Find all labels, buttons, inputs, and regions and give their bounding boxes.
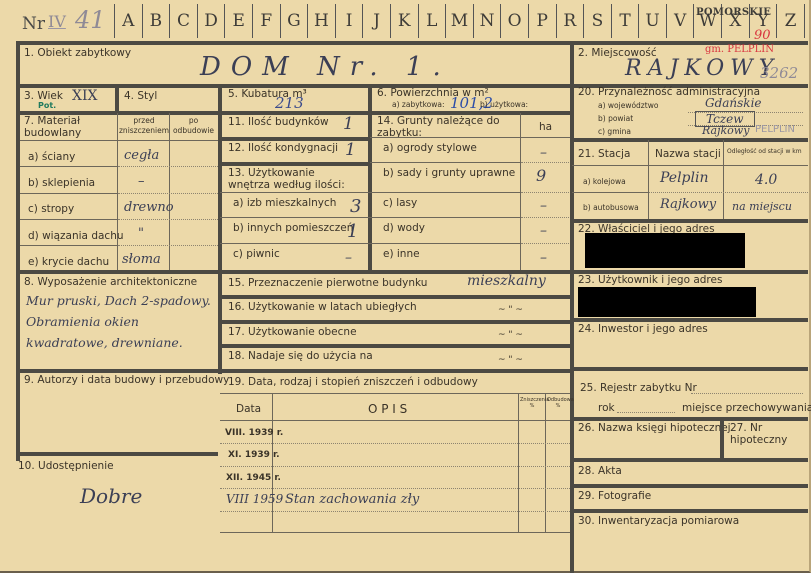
f13-row-label: b) innych pomieszczeń	[233, 222, 353, 234]
rule	[220, 532, 570, 533]
f21-row-dist: na miejscu	[732, 200, 792, 213]
dotted-line	[220, 488, 570, 489]
f19-col-rebuilt: Odbudowa %	[547, 397, 569, 409]
rule	[220, 320, 570, 324]
f4-label: 4. Styl	[124, 90, 157, 102]
rule	[18, 193, 118, 194]
index-letter: V	[666, 4, 694, 38]
index-letter: M	[445, 4, 473, 38]
f20-a-value: Gdańskie	[705, 96, 762, 110]
dotted-line	[220, 511, 570, 512]
rule	[570, 484, 808, 488]
rule	[570, 458, 808, 462]
f21-label: 21. Stacja	[578, 148, 630, 160]
f16-value: ~ " ~	[498, 305, 523, 315]
f13-row-value: 1	[347, 221, 358, 242]
f11-value: 1	[343, 114, 354, 134]
f10-label: 10. Udostępnienie	[18, 460, 114, 472]
f17-label: 17. Użytkowanie obecne	[228, 326, 357, 338]
rule	[272, 393, 273, 533]
redaction-user	[578, 287, 756, 317]
rule	[18, 452, 218, 456]
f19-row-date: VIII 1959	[226, 492, 283, 506]
f1-label: 1. Obiekt zabytkowy	[24, 47, 131, 59]
rule	[220, 192, 370, 193]
f6-a-label: a) zabytkowa:	[392, 100, 445, 109]
f5-value: 213	[275, 94, 304, 112]
rule	[370, 217, 520, 218]
rule	[220, 369, 570, 373]
index-letter: L	[418, 4, 446, 38]
rule	[18, 219, 118, 220]
f25-rok-label: rok	[598, 402, 615, 414]
rule	[570, 509, 808, 513]
f7-row-before: "	[138, 226, 144, 241]
f20-b-label: b) powiat	[598, 114, 633, 123]
monument-record-card: Nr IV 41 A B C D E F G H I J K L M N O P…	[0, 0, 811, 573]
f24-label: 24. Inwestor i jego adres	[578, 323, 708, 335]
f29-label: 29. Fotografie	[578, 490, 651, 502]
index-letter: E	[224, 4, 252, 38]
f1-value: DOM Nr. 1.	[200, 52, 451, 82]
f13-row-value: 3	[350, 196, 361, 217]
rule	[16, 41, 20, 461]
rule	[572, 165, 808, 166]
region-stamp: POMORSKIE	[696, 7, 771, 18]
index-letter: K	[390, 4, 418, 38]
f19-row-desc: Stan zachowania zły	[285, 492, 419, 507]
rule	[18, 41, 808, 45]
rule	[572, 192, 648, 193]
f14-row-label: c) lasy	[383, 197, 417, 209]
f8-label: 8. Wyposażenie architektoniczne	[24, 276, 197, 288]
index-letter: C	[169, 4, 197, 38]
f30-label: 30. Inwentaryzacja pomiarowa	[578, 515, 739, 527]
rule	[115, 84, 119, 112]
index-letter: S	[583, 4, 611, 38]
f14-row-value: –	[540, 223, 547, 239]
f7-row-before: –	[138, 174, 145, 189]
index-letter: G	[280, 4, 308, 38]
dotted-line	[220, 466, 570, 467]
rule	[220, 162, 370, 166]
dotted-line	[521, 192, 569, 193]
index-letter: Z	[776, 4, 805, 38]
f20-c-stamp: PELPLIN	[755, 124, 795, 135]
f14-row-value: –	[540, 198, 547, 214]
dotted-line	[521, 243, 569, 244]
rule	[570, 367, 808, 371]
f19-row-date: XII. 1945 r.	[226, 473, 281, 483]
nr-roman: IV	[48, 12, 66, 31]
f13-row-label: a) izb mieszkalnych	[233, 197, 336, 209]
f21-col-dist: Odległość od stacji w km	[727, 148, 802, 155]
f21-row-label: a) kolejowa	[583, 177, 626, 186]
f7-row-before: drewno	[124, 200, 174, 215]
f7-col-before: przed zniszczeniem	[119, 116, 169, 136]
f14-row-label: b) sady i grunty uprawne	[383, 167, 515, 179]
dotted-line	[118, 219, 218, 220]
index-letter: H	[307, 4, 335, 38]
f7-row-label: b) sklepienia	[28, 177, 95, 189]
f20-a-label: a) województwo	[598, 101, 658, 110]
f7-row-label: d) wiązania dachu	[28, 230, 124, 242]
rule	[723, 140, 724, 220]
f19-row-date: XI. 1939 r.	[228, 450, 280, 460]
f12-label: 12. Ilość kondygnacji	[228, 142, 338, 154]
f15-label: 15. Przeznaczenie pierwotne budynku	[228, 277, 427, 289]
index-letter: P	[528, 4, 556, 38]
rule	[570, 84, 574, 573]
f14-row-label: a) ogrody stylowe	[383, 142, 477, 154]
rule	[570, 318, 808, 322]
index-letter: O	[500, 4, 528, 38]
f14-row-label: d) wody	[383, 222, 425, 234]
f25-place-label: miejsce przechowywania	[682, 402, 811, 414]
f9-label: 9. Autorzy i data budowy i przebudowy	[24, 374, 229, 386]
f20-c-value: Rajkowy	[702, 124, 749, 137]
index-letter: R	[556, 4, 584, 38]
f16-label: 16. Użytkowanie w latach ubiegłych	[228, 301, 417, 313]
f19-col-date: Data	[236, 403, 261, 415]
f8-value: Mur pruski, Dach 2-spadowy. Obramienia o…	[26, 290, 211, 353]
rule	[18, 140, 218, 141]
f7-row-before: słoma	[122, 252, 161, 267]
rule	[220, 243, 370, 244]
f18-label: 18. Nadaje się do użycia na	[228, 350, 373, 362]
f23-label: 23. Użytkownik i jego adres	[578, 274, 722, 286]
f3-note: Pot.	[38, 101, 56, 110]
f18-value: ~ " ~	[498, 355, 523, 365]
f21-row-name: Pelplin	[660, 170, 709, 186]
rule	[370, 137, 570, 138]
f11-label: 11. Ilość budynków	[228, 116, 329, 128]
f19-row-date: VIII. 1939 r.	[225, 428, 283, 438]
f7-label: 7. Materiał budowlany	[24, 115, 104, 139]
rule	[18, 369, 218, 373]
rule	[545, 393, 546, 533]
f17-value: ~ " ~	[498, 330, 523, 340]
index-letter: I	[335, 4, 363, 38]
dotted-line	[617, 412, 675, 413]
rule	[18, 245, 118, 246]
f2-note: 3262	[760, 64, 798, 82]
rule	[370, 162, 520, 163]
index-letter: U	[638, 4, 666, 38]
rule	[518, 393, 519, 533]
rule	[220, 217, 370, 218]
f14-label: 14. Grunty należące do zabytku:	[377, 115, 502, 139]
index-letter: T	[611, 4, 639, 38]
f19-label: 19. Data, rodzaj i stopień zniszczeń i o…	[228, 376, 478, 388]
dotted-line	[220, 443, 570, 444]
dotted-line	[521, 162, 569, 163]
rule	[220, 420, 570, 421]
redaction-owner	[585, 233, 745, 268]
rule	[370, 192, 520, 193]
f7-col-after: po odbudowie	[171, 116, 216, 136]
rule	[18, 166, 118, 167]
rule	[720, 417, 724, 459]
f14-row-label: e) inne	[383, 248, 420, 260]
f12-value: 1	[345, 140, 356, 160]
f26-label: 26. Nazwa księgi hipotecznej	[578, 422, 731, 434]
rule	[370, 243, 520, 244]
dotted-line	[649, 192, 808, 193]
index-letter: J	[362, 4, 390, 38]
f14-row-value: –	[540, 250, 547, 266]
index-letter: N	[473, 4, 501, 38]
dotted-line	[691, 393, 803, 394]
rule	[570, 417, 808, 421]
nr-label: Nr	[22, 14, 45, 34]
f27-label: 27. Nr hipoteczny	[730, 422, 800, 446]
f19-col-desc: O P I S	[368, 402, 407, 416]
f7-row-label: a) ściany	[28, 151, 75, 163]
f21-row-dist: 4.0	[755, 172, 777, 188]
f13-label: 13. Użytkowanie wnętrza według ilości:	[228, 167, 348, 191]
f28-label: 28. Akta	[578, 465, 622, 477]
f2-stamp: gm. PELPLIN	[705, 44, 774, 55]
rule	[570, 138, 808, 142]
f13-row-value: –	[345, 250, 352, 266]
index-letter: D	[197, 4, 225, 38]
f14-row-value: –	[540, 145, 547, 161]
dotted-line	[118, 193, 218, 194]
f21-row-name: Rajkowy	[660, 197, 716, 212]
f14-row-value: 9	[536, 166, 546, 185]
dotted-line	[521, 217, 569, 218]
index-letter: F	[252, 4, 280, 38]
f14-unit: ha	[539, 121, 552, 133]
f10-value: Dobre	[80, 484, 142, 508]
rule	[570, 41, 574, 86]
f7-row-before: cegła	[124, 148, 159, 163]
dotted-line	[118, 245, 218, 246]
f21-row-label: b) autobusowa	[583, 203, 639, 212]
f13-row-label: c) piwnic	[233, 248, 280, 260]
dotted-line	[118, 166, 218, 167]
rule	[218, 84, 222, 374]
f21-col-name: Nazwa stacji	[655, 148, 721, 160]
nr-handwritten: 41	[75, 6, 106, 34]
f15-value: mieszkalny	[467, 273, 546, 289]
f3-value: XIX	[72, 88, 97, 104]
f25-label: 25. Rejestr zabytku Nr	[580, 382, 697, 394]
rule	[648, 140, 649, 220]
f7-row-label: e) krycie dachu	[28, 256, 109, 268]
index-letter: B	[142, 4, 170, 38]
f7-row-label: c) stropy	[28, 203, 74, 215]
index-letter: A	[114, 4, 142, 38]
f2-value: RAJKOWY	[625, 56, 779, 81]
f6-b-label: b) użytkowa:	[480, 100, 528, 109]
rule	[220, 344, 570, 348]
f20-c-label: c) gmina	[598, 127, 631, 136]
rule	[220, 295, 570, 299]
f19-col-destroyed: Zniszczenia %	[520, 397, 544, 409]
card-header: Nr IV 41 A B C D E F G H I J K L M N O P…	[0, 4, 811, 42]
